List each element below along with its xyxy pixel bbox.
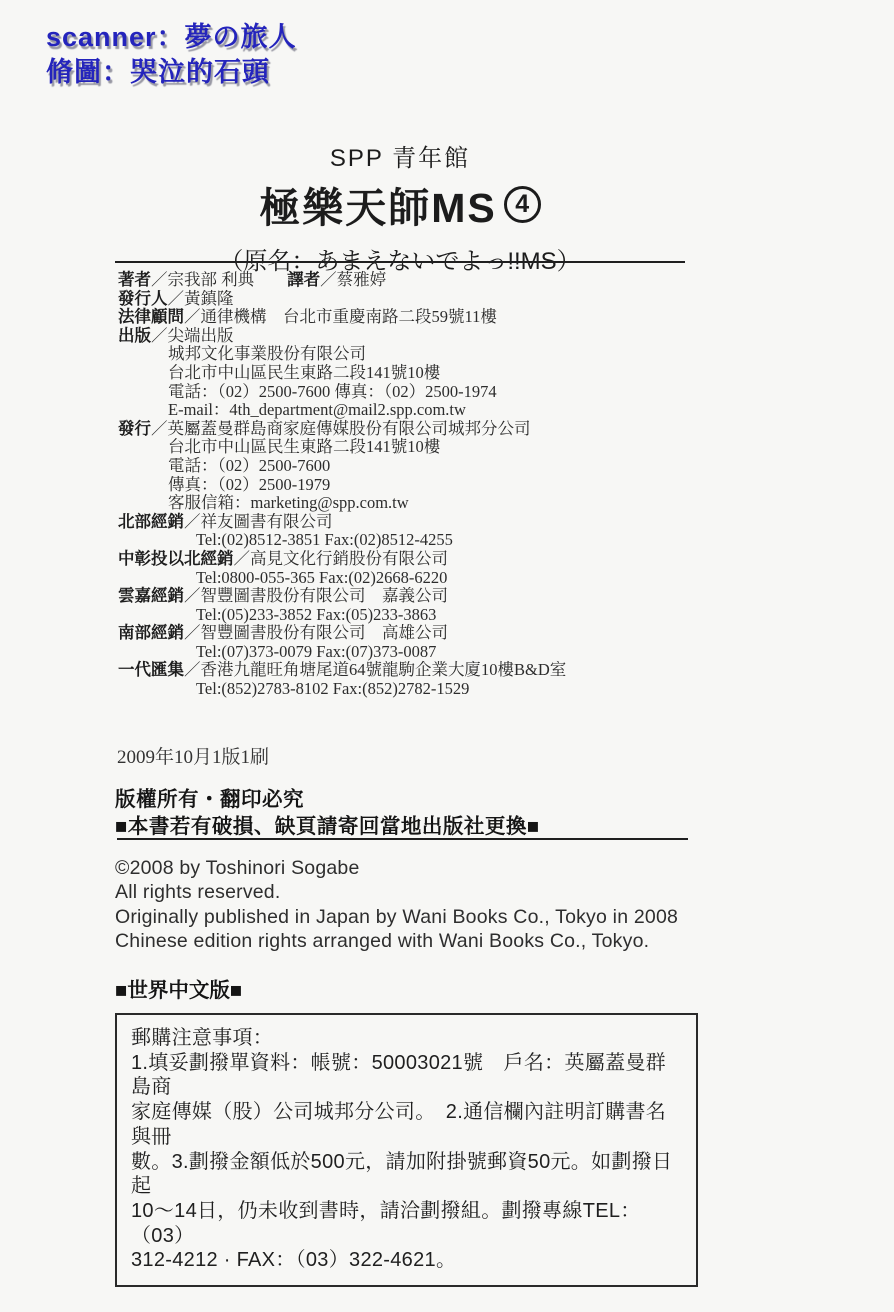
colophon-line: 客服信箱：marketing@spp.com.tw (118, 494, 728, 513)
colophon-line: Tel:(05)233-3852 Fax:(05)233-3863 (118, 606, 728, 625)
colophon-text: 台北市中山區民生東路二段141號10樓 (168, 437, 440, 456)
colophon-text: ／智豐圖書股份有限公司 嘉義公司 (184, 586, 448, 605)
colophon-text: 台北市中山區民生東路二段141號10樓 (168, 363, 440, 382)
english-rights-line: Originally published in Japan by Wani Bo… (115, 905, 678, 929)
book-title: 極樂天師MS 4 (115, 175, 685, 234)
legal-notices: 版權所有・翻印必究 ■本書若有破損、缺頁請寄回當地出版社更換■ (115, 787, 540, 840)
title-divider-rule (115, 261, 685, 263)
colophon-line: 一代匯集／香港九龍旺角塘尾道64號龍駒企業大廈10樓B&D室 (118, 661, 728, 680)
mail-order-text: 312-4212 · FAX：（03）322-4621。 (131, 1249, 456, 1271)
english-rights-line: All rights reserved. (115, 880, 678, 904)
scan-credit-line: 脩圖：哭泣的石頭 (46, 55, 297, 90)
colophon-line: 電話：（02）2500-7600 傳真：（02）2500-1974 (118, 383, 728, 402)
mail-order-line: 10～14日，仍未收到書時，請洽劃撥組。劃撥專線TEL：（03） (131, 1199, 682, 1248)
colophon-text: Tel:0800-055-365 Fax:(02)2668-6220 (196, 568, 447, 587)
colophon-text: Tel:(05)233-3852 Fax:(05)233-3863 (196, 605, 436, 624)
colophon-line: 台北市中山區民生東路二段141號10樓 (118, 364, 728, 383)
colophon-line: Tel:0800-055-365 Fax:(02)2668-6220 (118, 569, 728, 588)
colophon-text: ／高見文化行銷股份有限公司 (234, 549, 449, 568)
colophon-text: ／宗我部 利典 (151, 270, 287, 289)
colophon-label: 中彰投以北經銷 (118, 549, 234, 568)
colophon-line: 電話：（02）2500-7600 (118, 457, 728, 476)
mail-order-line: 郵購注意事項： (131, 1026, 682, 1051)
book-title-text: 極樂天師MS (259, 175, 497, 234)
english-rights-text: Originally published in Japan by Wani Bo… (115, 906, 678, 928)
colophon-line: 中彰投以北經銷／高見文化行銷股份有限公司 (118, 550, 728, 569)
mail-order-text: 數。3.劃撥金額低於500元，請加附掛號郵資50元。如劃撥日起 (131, 1151, 672, 1198)
colophon-line: 北部經銷／祥友圖書有限公司 (118, 513, 728, 532)
colophon-label: 著者 (118, 270, 151, 289)
colophon-text: ／英屬蓋曼群島商家庭傳媒股份有限公司城邦分公司 (151, 419, 531, 438)
colophon-label: 法律顧問 (118, 307, 184, 326)
colophon-text: 電話：（02）2500-7600 傳真：（02）2500-1974 (168, 382, 497, 401)
colophon-label: 發行 (118, 419, 151, 438)
colophon-line: 發行人／黃鎮隆 (118, 290, 728, 309)
colophon-text-2: ／蔡雅婷 (320, 270, 386, 289)
title-block: SPP 青年館 極樂天師MS 4 （原名：あまえないでよっ!!MS） (115, 138, 685, 276)
colophon-label-2: 譯者 (287, 270, 320, 289)
scan-credits: scanner：夢の旅人 脩圖：哭泣的石頭 (46, 20, 297, 90)
colophon: 著者／宗我部 利典 譯者／蔡雅婷 發行人／黃鎮隆 法律顧問／通律機構 台北市重慶… (118, 271, 728, 699)
scan-credit-text: 脩圖：哭泣的石頭 (46, 57, 270, 87)
colophon-text: 傳真：（02）2500-1979 (168, 475, 330, 494)
colophon-label: 雲嘉經銷 (118, 586, 184, 605)
damage-notice: ■本書若有破損、缺頁請寄回當地出版社更換■ (115, 814, 540, 841)
section-divider-rule (117, 838, 688, 840)
colophon-label: 南部經銷 (118, 623, 184, 642)
print-date: 2009年10月1版1刷 (117, 742, 269, 769)
scan-credit-text: scanner：夢の旅人 (46, 22, 297, 52)
mail-order-line: 數。3.劃撥金額低於500元，請加附掛號郵資50元。如劃撥日起 (131, 1150, 682, 1199)
chinese-edition-mark: ■世界中文版■ (115, 973, 242, 1003)
colophon-text: Tel:(07)373-0079 Fax:(07)373-0087 (196, 642, 436, 661)
colophon-line: E-mail：4th_department@mail2.spp.com.tw (118, 401, 728, 420)
english-rights-block: ©2008 by Toshinori Sogabe All rights res… (115, 856, 678, 954)
mail-order-line: 312-4212 · FAX：（03）322-4621。 (131, 1248, 682, 1273)
scanned-colophon-page: scanner：夢の旅人 脩圖：哭泣的石頭 SPP 青年館 極樂天師MS 4 （… (0, 0, 894, 1312)
mail-order-box: 郵購注意事項： 1.填妥劃撥單資料：帳號：50003021號 戶名：英屬蓋曼群島… (115, 1013, 698, 1287)
colophon-line: 著者／宗我部 利典 譯者／蔡雅婷 (118, 271, 728, 290)
english-rights-text: ©2008 by Toshinori Sogabe (115, 857, 360, 879)
colophon-line: 發行／英屬蓋曼群島商家庭傳媒股份有限公司城邦分公司 (118, 420, 728, 439)
scan-credit-line: scanner：夢の旅人 (46, 20, 297, 55)
colophon-text: ／香港九龍旺角塘尾道64號龍駒企業大廈10樓B&D室 (184, 660, 566, 679)
colophon-text: ／尖端出版 (151, 326, 234, 345)
colophon-label: 出版 (118, 326, 151, 345)
colophon-text: 客服信箱：marketing@spp.com.tw (168, 493, 409, 512)
colophon-text: E-mail：4th_department@mail2.spp.com.tw (168, 400, 466, 419)
english-rights-text: All rights reserved. (115, 881, 280, 903)
colophon-text: Tel:(02)8512-3851 Fax:(02)8512-4255 (196, 530, 453, 549)
colophon-line: Tel:(02)8512-3851 Fax:(02)8512-4255 (118, 531, 728, 550)
colophon-text: ／通律機構 台北市重慶南路二段59號11樓 (184, 307, 497, 326)
mail-order-text: 家庭傳媒（股）公司城邦分公司。 2.通信欄內註明訂購書名與冊 (131, 1101, 666, 1148)
imprint-label: SPP 青年館 (115, 138, 685, 173)
colophon-label: 一代匯集 (118, 660, 184, 679)
mail-order-text: 郵購注意事項： (131, 1027, 273, 1049)
colophon-line: Tel:(852)2783-8102 Fax:(852)2782-1529 (118, 680, 728, 699)
colophon-line: 南部經銷／智豐圖書股份有限公司 高雄公司 (118, 624, 728, 643)
colophon-label: 北部經銷 (118, 512, 184, 531)
colophon-text: ／祥友圖書有限公司 (184, 512, 333, 531)
colophon-line: Tel:(07)373-0079 Fax:(07)373-0087 (118, 643, 728, 662)
colophon-text: 城邦文化事業股份有限公司 (168, 344, 366, 363)
mail-order-line: 家庭傳媒（股）公司城邦分公司。 2.通信欄內註明訂購書名與冊 (131, 1100, 682, 1149)
colophon-label: 發行人 (118, 289, 168, 308)
colophon-text: ／智豐圖書股份有限公司 高雄公司 (184, 623, 448, 642)
colophon-text: ／黃鎮隆 (168, 289, 234, 308)
english-rights-line: ©2008 by Toshinori Sogabe (115, 856, 678, 880)
colophon-line: 出版／尖端出版 (118, 327, 728, 346)
colophon-text: Tel:(852)2783-8102 Fax:(852)2782-1529 (196, 679, 469, 698)
english-rights-line: Chinese edition rights arranged with Wan… (115, 929, 678, 953)
mail-order-text: 10～14日，仍未收到書時，請洽劃撥組。劃撥專線TEL：（03） (131, 1200, 641, 1247)
volume-badge: 4 (504, 186, 541, 223)
mail-order-text: 1.填妥劃撥單資料：帳號：50003021號 戶名：英屬蓋曼群島商 (131, 1052, 666, 1099)
mail-order-line: 1.填妥劃撥單資料：帳號：50003021號 戶名：英屬蓋曼群島商 (131, 1051, 682, 1100)
english-rights-text: Chinese edition rights arranged with Wan… (115, 930, 649, 952)
colophon-line: 雲嘉經銷／智豐圖書股份有限公司 嘉義公司 (118, 587, 728, 606)
colophon-text: 電話：（02）2500-7600 (168, 456, 330, 475)
copyright-notice: 版權所有・翻印必究 (115, 787, 540, 814)
colophon-line: 法律顧問／通律機構 台北市重慶南路二段59號11樓 (118, 308, 728, 327)
colophon-line: 台北市中山區民生東路二段141號10樓 (118, 438, 728, 457)
colophon-line: 傳真：（02）2500-1979 (118, 476, 728, 495)
colophon-line: 城邦文化事業股份有限公司 (118, 345, 728, 364)
